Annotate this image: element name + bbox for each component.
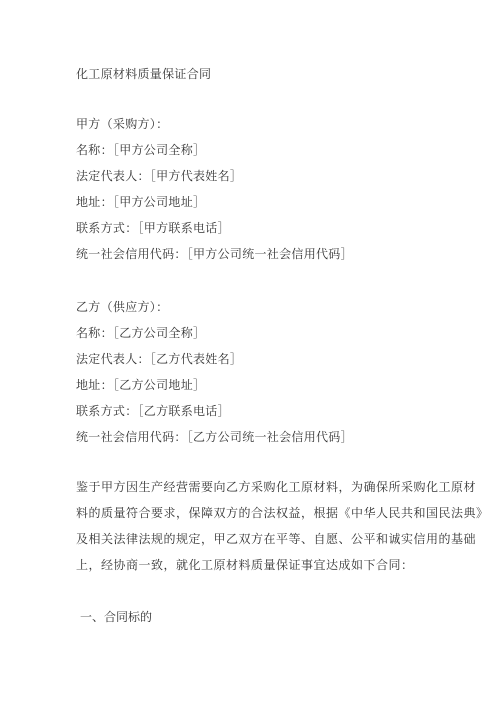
party-b-contact: 联系方式：［乙方联系电话］	[76, 404, 230, 418]
document-title: 化工原材料质量保证合同	[76, 67, 211, 81]
preamble-line: 及相关法律法规的规定，甲乙双方在平等、自愿、公平和诚实信用的基础	[76, 526, 446, 552]
party-b-address: 地址：［乙方公司地址］	[76, 378, 205, 392]
preamble-line: 料的质量符合要求，保障双方的合法权益，根据《中华人民共和国民法典》	[76, 500, 446, 526]
party-b-heading: 乙方（供应方）：	[76, 300, 168, 314]
preamble-paragraph: 鉴于甲方因生产经营需要向乙方采购化工原材料，为确保所采购化工原材 料的质量符合要…	[76, 474, 446, 578]
party-a-contact: 联系方式：［甲方联系电话］	[76, 221, 230, 235]
party-a-address: 地址：［甲方公司地址］	[76, 195, 205, 209]
section-1-heading: 一、合同标的	[80, 610, 152, 624]
party-a-heading: 甲方（采购方）：	[76, 117, 168, 131]
preamble-line: 鉴于甲方因生产经营需要向乙方采购化工原材料，为确保所采购化工原材	[76, 474, 446, 500]
party-a-name: 名称：［甲方公司全称］	[76, 143, 205, 157]
party-b-credit-code: 统一社会信用代码：［乙方公司统一社会信用代码］	[76, 430, 353, 444]
party-a-representative: 法定代表人：［甲方代表姓名］	[76, 169, 242, 183]
preamble-line: 上，经协商一致，就化工原材料质量保证事宜达成如下合同：	[76, 552, 446, 578]
party-b-name: 名称：［乙方公司全称］	[76, 326, 205, 340]
party-a-credit-code: 统一社会信用代码：［甲方公司统一社会信用代码］	[76, 247, 353, 261]
party-b-representative: 法定代表人：［乙方代表姓名］	[76, 352, 242, 366]
